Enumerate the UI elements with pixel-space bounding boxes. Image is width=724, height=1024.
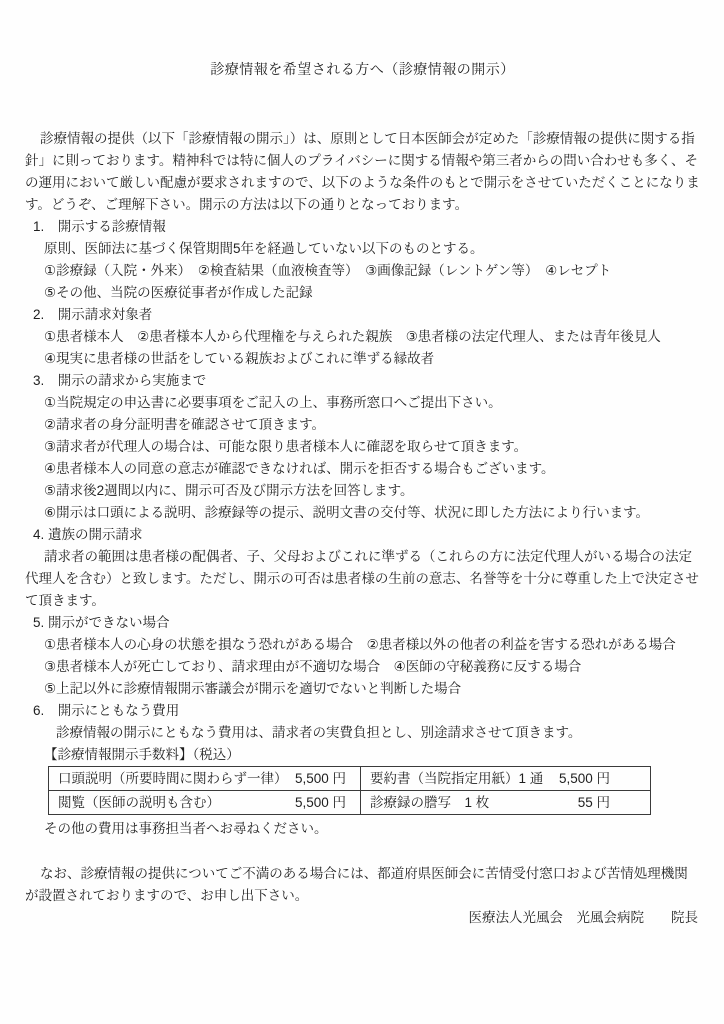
- section-3: 3. 開示の請求から実施まで ①当院規定の申込書に必要事項をご記入の上、事務所窓…: [25, 370, 700, 524]
- section-3-line: ⑤請求後2週間以内に、開示可否及び開示方法を回答します。: [44, 480, 700, 502]
- fee-cell-oral-explanation: 口頭説明（所要時間に関わらず一律） 5,500 円: [49, 767, 361, 791]
- section-3-heading: 3. 開示の請求から実施まで: [33, 370, 700, 392]
- fee-item-label: 診療録の謄写 1 枚: [370, 792, 489, 814]
- signature-line: 医療法人光風会 光風会病院 院長: [25, 907, 700, 929]
- section-4-heading: 4. 遺族の開示請求: [33, 524, 700, 546]
- section-3-line: ④患者様本人の同意の意志が確認できなければ、開示を拒否する場合もございます。: [44, 458, 700, 480]
- section-2-line: ④現実に患者様の世話をしている親族およびこれに準ずる縁故者: [44, 348, 700, 370]
- fee-note: 診療情報の開示にともなう費用は、請求者の実費負担とし、別途請求させて頂きます。: [56, 722, 700, 744]
- fee-cell-inspection: 閲覧（医師の説明も含む） 5,500 円: [49, 791, 361, 815]
- section-2-line: ①患者様本人 ②患者様本人から代理権を与えられた親族 ③患者様の法定代理人、また…: [44, 326, 700, 348]
- closing-paragraph: なお、診療情報の提供についてご不満のある場合には、都道府県医師会に苦情受付窓口お…: [25, 863, 700, 907]
- fee-table-row: 口頭説明（所要時間に関わらず一律） 5,500 円 要約書（当院指定用紙）1 通…: [49, 767, 651, 791]
- fee-cell-summary-document: 要約書（当院指定用紙）1 通 5,500 円: [361, 767, 651, 791]
- section-1-line: ①診療録（入院・外来） ②検査結果（血液検査等） ③画像記録（レントゲン等） ④…: [44, 260, 700, 282]
- section-4: 4. 遺族の開示請求 請求者の範囲は患者様の配偶者、子、父母およびこれに準ずる（…: [25, 524, 700, 612]
- fee-item-label: 閲覧（医師の説明も含む）: [58, 792, 220, 814]
- page-title: 診療情報を希望される方へ（診療情報の開示）: [25, 58, 700, 80]
- section-3-line: ②請求者の身分証明書を確認させて頂きます。: [44, 414, 700, 436]
- section-3-line: ③請求者が代理人の場合は、可能な限り患者様本人に確認を取らせて頂きます。: [44, 436, 700, 458]
- section-5-heading: 5. 開示ができない場合: [33, 612, 700, 634]
- fee-item-price: 5,500 円: [559, 768, 610, 790]
- section-1-heading: 1. 開示する診療情報: [33, 216, 700, 238]
- intro-paragraph: 診療情報の提供（以下「診療情報の開示」）は、原則として日本医師会が定めた「診療情…: [25, 128, 700, 216]
- fee-table-title: 【診療情報開示手数料】（税込）: [44, 744, 700, 766]
- section-4-paragraph: 請求者の範囲は患者様の配偶者、子、父母およびこれに準ずる（これらの方に法定代理人…: [25, 546, 700, 612]
- other-fee-note: その他の費用は事務担当者へお尋ねください。: [44, 818, 700, 840]
- fee-table: 口頭説明（所要時間に関わらず一律） 5,500 円 要約書（当院指定用紙）1 通…: [48, 766, 651, 815]
- section-6-heading: 6. 開示にともなう費用: [33, 700, 700, 722]
- section-3-line: ①当院規定の申込書に必要事項をご記入の上、事務所窓口へご提出下さい。: [44, 392, 700, 414]
- section-2-heading: 2. 開示請求対象者: [33, 304, 700, 326]
- section-1: 1. 開示する診療情報 原則、医師法に基づく保管期間5年を経過していない以下のも…: [25, 216, 700, 304]
- section-5-line: ①患者様本人の心身の状態を損なう恐れがある場合 ②患者様以外の他者の利益を害する…: [44, 634, 700, 656]
- fee-item-price: 5,500 円: [295, 768, 346, 790]
- fee-table-row: 閲覧（医師の説明も含む） 5,500 円 診療録の謄写 1 枚 55 円: [49, 791, 651, 815]
- document-page: 診療情報を希望される方へ（診療情報の開示） 診療情報の提供（以下「診療情報の開示…: [0, 0, 724, 1024]
- section-3-line: ⑥開示は口頭による説明、診療録等の提示、説明文書の交付等、状況に即した方法により…: [44, 502, 700, 524]
- section-1-line: ⑤その他、当院の医療従事者が作成した記録: [44, 282, 700, 304]
- section-5-line: ③患者様本人が死亡しており、請求理由が不適切な場合 ④医師の守秘義務に反する場合: [44, 656, 700, 678]
- fee-item-price: 5,500 円: [295, 792, 346, 814]
- fee-item-price: 55 円: [578, 792, 610, 814]
- fee-cell-record-copy: 診療録の謄写 1 枚 55 円: [361, 791, 651, 815]
- section-2: 2. 開示請求対象者 ①患者様本人 ②患者様本人から代理権を与えられた親族 ③患…: [25, 304, 700, 370]
- fee-item-label: 口頭説明（所要時間に関わらず一律）: [58, 768, 288, 790]
- section-1-line: 原則、医師法に基づく保管期間5年を経過していない以下のものとする。: [44, 238, 700, 260]
- section-6: 6. 開示にともなう費用 診療情報の開示にともなう費用は、請求者の実費負担とし、…: [25, 700, 700, 840]
- fee-item-label: 要約書（当院指定用紙）1 通: [370, 768, 543, 790]
- section-5: 5. 開示ができない場合 ①患者様本人の心身の状態を損なう恐れがある場合 ②患者…: [25, 612, 700, 700]
- section-5-line: ⑤上記以外に診療情報開示審議会が開示を適切でないと判断した場合: [44, 678, 700, 700]
